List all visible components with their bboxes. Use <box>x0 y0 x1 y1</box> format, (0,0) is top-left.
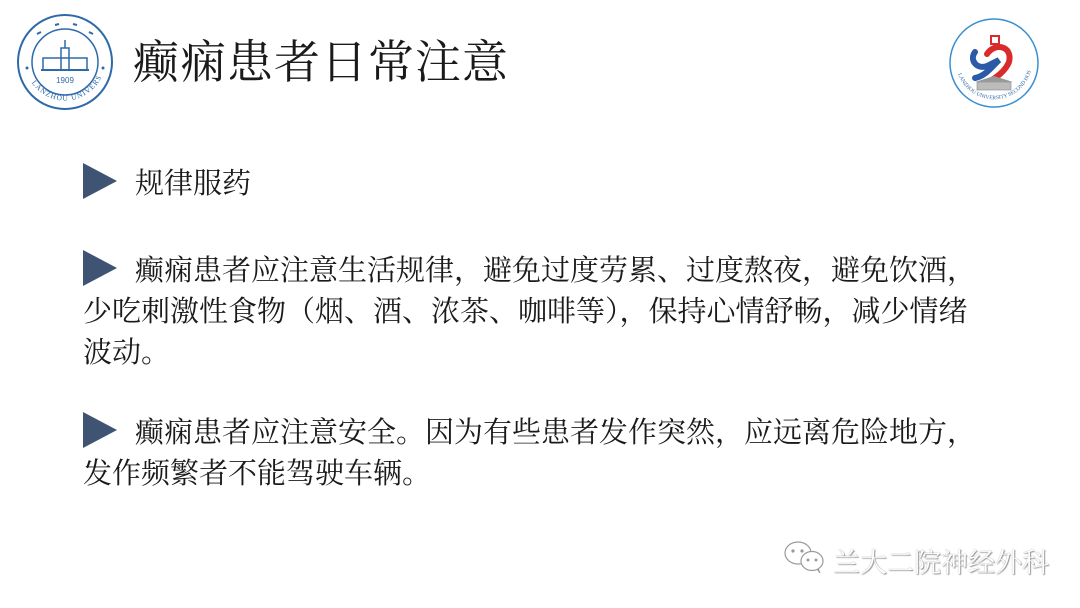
bullet-text: 癫痫患者应注意安全。因为有些患者发作突然，应远离危险地方，发作频繁者不能驾驶车辆… <box>83 415 976 490</box>
svg-text:1909: 1909 <box>56 76 74 85</box>
bullet-text: 规律服药 <box>135 166 251 200</box>
watermark-text: 兰大二院神经外科 <box>833 541 1049 580</box>
second-hospital-logo: LANZHOU UNIVERSITY SECOND HOSPITAL <box>947 16 1041 110</box>
bullet-item: 癫痫患者应注意生活规律，避免过度劳累、过度熬夜，避免饮酒，少吃刺激性食物（烟、酒… <box>83 250 993 373</box>
bullet-item: 规律服药 <box>83 163 993 204</box>
bullet-item: 癫痫患者应注意安全。因为有些患者发作突然，应远离危险地方，发作频繁者不能驾驶车辆… <box>83 412 993 494</box>
triangle-bullet-icon <box>83 163 117 199</box>
triangle-bullet-icon <box>83 412 117 448</box>
wechat-icon <box>783 540 827 581</box>
lanzhou-university-logo: 1909 LANZHOU UNIVERSITY <box>15 12 115 112</box>
watermark: 兰大二院神经外科 <box>783 540 1049 581</box>
bullet-text: 癫痫患者应注意生活规律，避免过度劳累、过度熬夜，避免饮酒，少吃刺激性食物（烟、酒… <box>83 253 976 369</box>
triangle-bullet-icon <box>83 250 117 286</box>
page-title: 癫痫患者日常注意 <box>133 30 509 94</box>
